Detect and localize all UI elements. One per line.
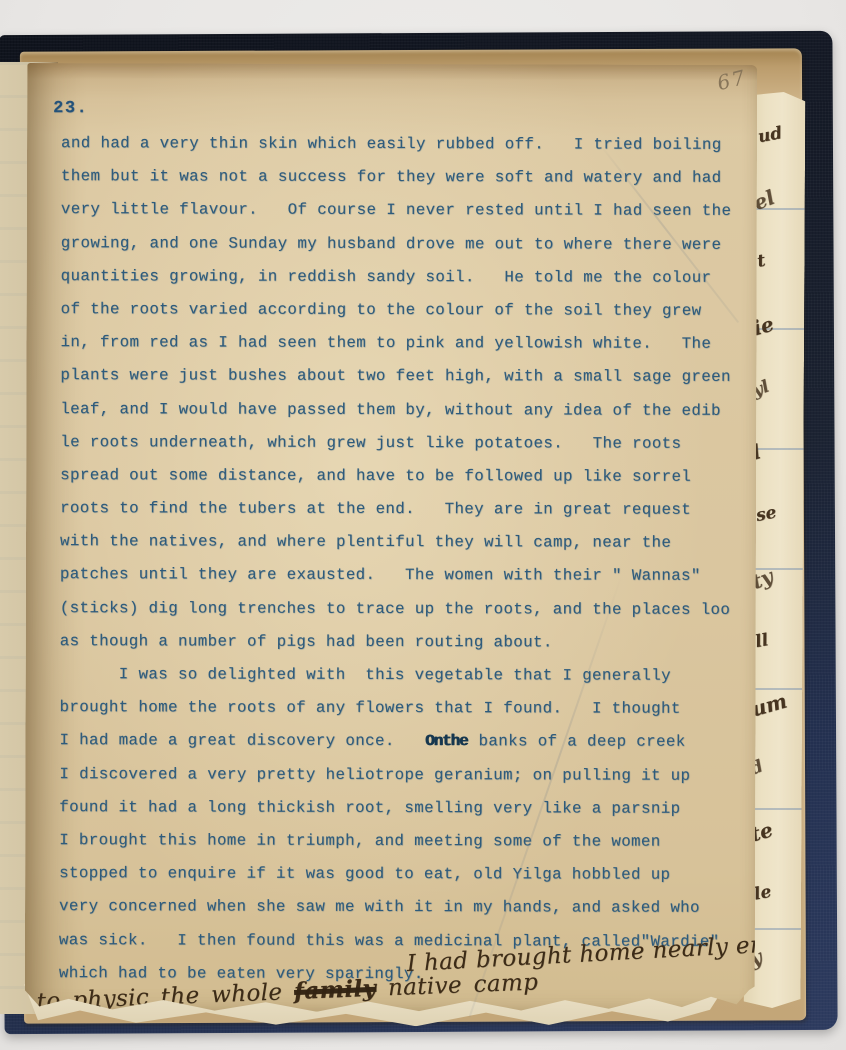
edge-note-fragment: se [755, 505, 778, 525]
edge-note-fragment: ll [754, 632, 770, 651]
typed-line-overtype: I had made a great discovery once. Onthe… [59, 725, 759, 760]
overtype-word: Onthe [424, 732, 468, 750]
typed-line: (sticks) dig long trenches to trace up t… [60, 592, 760, 627]
typed-line: with the natives, and where plentiful th… [60, 525, 760, 560]
book-scan: ud el t ie yl l se ty ll um d te [0, 0, 846, 1050]
typed-line: roots to find the tubers at the end. The… [60, 492, 760, 527]
struck-word: family [294, 975, 377, 1005]
typed-line: very little flavour. Of course I never r… [61, 194, 761, 229]
typed-line: spread out some distance, and have to be… [60, 459, 760, 494]
typed-line: of the roots varied according to the col… [61, 293, 761, 328]
edge-note-fragment: le [753, 884, 773, 904]
typed-line: I was so delighted with this vegetable t… [60, 658, 760, 693]
typed-line: growing, and one Sunday my husband drove… [61, 227, 761, 262]
typed-line: brought home the roots of any flowers th… [60, 691, 760, 726]
typed-line: as though a number of pigs had been rout… [60, 625, 760, 660]
typed-line: and had a very thin skin which easily ru… [61, 127, 761, 162]
typed-line: found it had a long thickish root, smell… [59, 791, 759, 826]
typed-lines-upper: and had a very thin skin which easily ru… [60, 127, 762, 726]
folio-number: 67 [715, 65, 749, 95]
overtype-post: banks of a deep creek [469, 733, 686, 752]
typed-line: plants were just bushes about two feet h… [60, 359, 760, 394]
typed-line: stopped to enquire if it was good to eat… [59, 857, 759, 892]
page-number: 23. [53, 99, 88, 118]
manuscript-page: 23. 67 and had a very thin skin which ea… [25, 63, 757, 1013]
edge-note-fragment: ud [757, 125, 784, 146]
typed-line: in, from red as I had seen them to pink … [60, 326, 760, 361]
edge-note-fragment: t [756, 253, 767, 271]
typed-line: very concerned when she saw me with it i… [59, 890, 759, 925]
typed-line: le roots underneath, which grew just lik… [60, 426, 760, 461]
typed-line: leaf, and I would have passed them by, w… [60, 393, 760, 428]
typed-line: them but it was not a success for they w… [61, 160, 761, 195]
typed-line: quantities growing, in reddish sandy soi… [61, 260, 761, 295]
typed-line: patches until they are exausted. The wom… [60, 559, 760, 594]
typed-line: I discovered a very pretty heliotrope ge… [59, 758, 759, 793]
overtype-pre: I had made a great discovery once. [59, 732, 424, 751]
handwritten-post: native camp [376, 969, 539, 1001]
typed-text-block: and had a very thin skin which easily ru… [59, 127, 761, 992]
typed-line: I brought this home in triumph, and meet… [59, 824, 759, 859]
typed-lines-lower: I discovered a very pretty heliotrope ge… [59, 758, 760, 959]
